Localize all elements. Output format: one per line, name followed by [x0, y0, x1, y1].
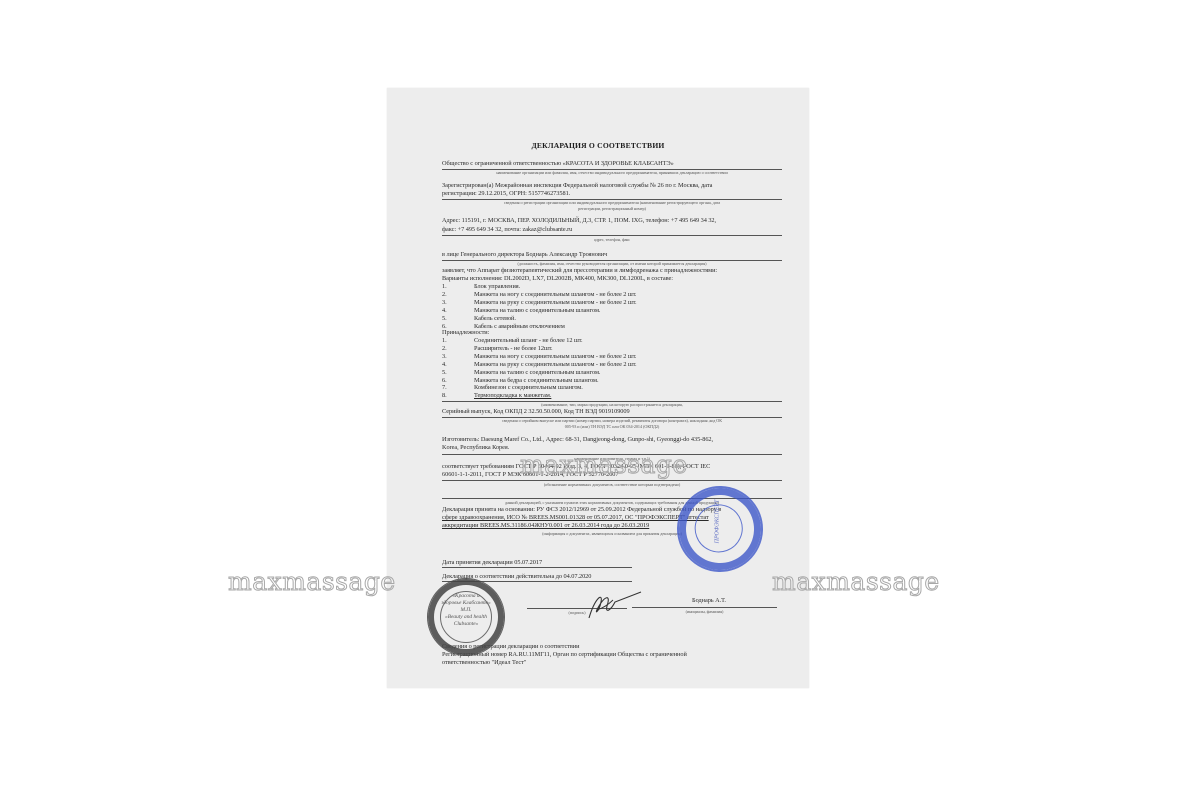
watermark-left: maxmassage	[228, 567, 396, 596]
list-item-number: 8.	[442, 392, 464, 400]
list-item-number: 5.	[442, 315, 464, 323]
organization-name: Общество с ограниченной ответственностью…	[442, 160, 674, 168]
address-line-1: Адрес: 115191, г. МОСКВА, ПЕР. ХОЛОДИЛЬН…	[442, 217, 716, 225]
list-item-text: Манжета на бедра с соединительным шланго…	[474, 377, 599, 384]
list-item: 5.Манжета на талию с соединительным шлан…	[442, 369, 600, 377]
list-item-text: Комбинезон с соединительным шлангом.	[474, 384, 583, 391]
statement-line-1: заявляет, что Аппарат физиотерапевтическ…	[442, 267, 717, 275]
registration-info-line-2: ответственностью "Идеал Тест"	[442, 659, 526, 667]
list-item-number: 7.	[442, 384, 464, 392]
list-item-number: 4.	[442, 307, 464, 315]
list-item-number: 2.	[442, 345, 464, 353]
representative: в лице Генерального директора Боднарь Ал…	[442, 251, 607, 259]
signature-scribble	[585, 588, 645, 624]
signer-caption: (инициалы, фамилия)	[632, 609, 777, 614]
organization-caption: наименование организации или фамилия, им…	[442, 170, 782, 175]
manufacturer-line-2: Korea, Республика Корея.	[442, 444, 509, 452]
signer-name: Боднарь А.Т.	[692, 597, 726, 605]
list-item-number: 3.	[442, 299, 464, 307]
list-item-number: 5.	[442, 369, 464, 377]
basis-line-2: сфере здравоохранения, ИСО № BREES.MS001…	[442, 514, 709, 522]
list-item-number: 1.	[442, 283, 464, 291]
list-item-text: Блок управления.	[474, 283, 520, 290]
list-item: 8.Термоподкладка к манжетам.	[442, 392, 551, 400]
list-item-number: 2.	[442, 291, 464, 299]
signer-line	[632, 607, 777, 608]
representative-caption: (должность, фамилия, имя, отчество руков…	[442, 261, 782, 266]
basis-line-3: аккредитации BREES.MS.31186.04ЖНУ0.001 о…	[442, 522, 649, 530]
list-item-text: Манжета на руку с соединительным шлангом…	[474, 299, 637, 306]
list-item-text: Манжета на талию с соединительным шланго…	[474, 307, 600, 314]
watermark-right: maxmassage	[772, 567, 940, 596]
list-item: 1.Соединительный шланг - не более 12 шт.	[442, 337, 583, 345]
list-item: 5.Кабель сетевой.	[442, 315, 516, 323]
serial-caption-2: 005-93 и (или) ТН ВЭД ТС или ОК 034-2014…	[442, 424, 782, 429]
registration-line-1: Зарегистрирован(а) Межрайонная инспекция…	[442, 182, 712, 190]
list-item: 2.Расширитель - не более 12шт.	[442, 345, 553, 353]
list-item: 6.Манжета на бедра с соединительным шлан…	[442, 377, 599, 385]
list-item: 3.Манжета на руку с соединительным шланг…	[442, 299, 637, 307]
list-item-text: Манжета на ногу с соединительным шлангом…	[474, 353, 636, 360]
registration-caption-2: регистрации, регистрационный номер)	[442, 206, 782, 211]
serial-caption-1: сведения о серийном выпуске или партии (…	[442, 418, 782, 423]
list-item-text: Соединительный шланг - не более 12 шт.	[474, 337, 583, 344]
product-caption: (наименование, тип, марка продукции, на …	[442, 402, 782, 407]
list-item-number: 6.	[442, 377, 464, 385]
list-item: 2.Манжета на ногу с соединительным шланг…	[442, 291, 636, 299]
company-seal-stamp: «Красота издоровье Клабсанте»М.П.«Beauty…	[427, 578, 505, 656]
registration-line-2: регистрации: 29.12.2015, ОГРН: 515774627…	[442, 190, 570, 198]
document-title: ДЕКЛАРАЦИЯ О СООТВЕТСТВИИ	[387, 141, 809, 150]
list-item-text: Кабель сетевой.	[474, 315, 516, 322]
list-item-text: Расширитель - не более 12шт.	[474, 345, 553, 352]
list-item: 1.Блок управления.	[442, 283, 520, 291]
address-caption: адрес, телефон, факс	[442, 237, 782, 242]
serial-info: Серийный выпуск, Код ОКПД 2 32.50.50.000…	[442, 408, 630, 416]
statement-line-2: Варианты исполнения: DL2002D, LX7, DL200…	[442, 275, 673, 283]
list-item-text: Термоподкладка к манжетам.	[474, 392, 551, 399]
watermark-center: maxmassage	[520, 450, 688, 479]
accessories-label: Принадлежности:	[442, 329, 489, 337]
list-item: 4.Манжета на талию с соединительным шлан…	[442, 307, 600, 315]
list-item-text: Манжета на ногу с соединительным шлангом…	[474, 291, 636, 298]
list-item-text: Манжета на руку с соединительным шлангом…	[474, 361, 637, 368]
list-item-number: 1.	[442, 337, 464, 345]
list-item-number: 3.	[442, 353, 464, 361]
divider	[442, 567, 632, 568]
list-item: 7.Комбинезон с соединительным шлангом.	[442, 384, 583, 392]
acceptance-date: Дата принятия декларации 05.07.2017	[442, 559, 542, 567]
list-item: 3.Манжета на ногу с соединительным шланг…	[442, 353, 636, 361]
certification-body-stamp: ПРОФЭКСПЕРТ	[665, 474, 775, 584]
divider	[442, 480, 782, 481]
registration-caption-1: сведения о регистрации организации или и…	[442, 200, 782, 205]
list-item: 4.Манжета на руку с соединительным шланг…	[442, 361, 637, 369]
divider	[442, 235, 782, 236]
manufacturer-line-1: Изготовитель: Daesung Maref Co., Ltd., А…	[442, 436, 713, 444]
address-line-2: факс: +7 495 649 34 32, почта: zakaz@clu…	[442, 226, 572, 234]
declaration-document: ДЕКЛАРАЦИЯ О СООТВЕТСТВИИ Общество с огр…	[387, 88, 809, 688]
list-item-number: 4.	[442, 361, 464, 369]
list-item-text: Манжета на талию с соединительным шланго…	[474, 369, 600, 376]
